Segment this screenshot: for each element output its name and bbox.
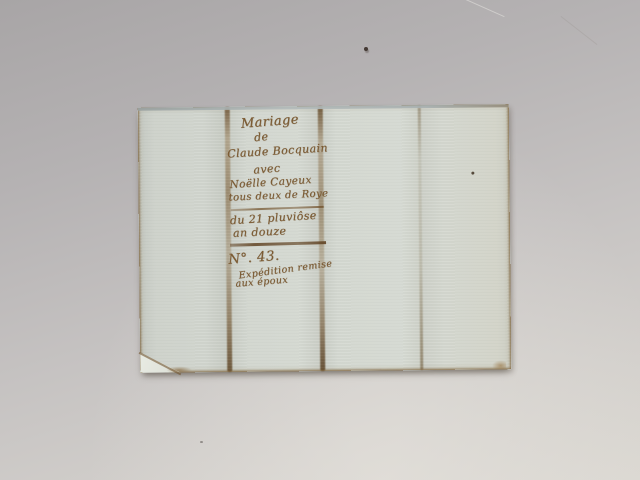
- surface-scratch: [561, 16, 598, 45]
- handwriting-record-number: N°. 43.: [228, 248, 281, 268]
- ink-rule-2: [230, 241, 326, 246]
- dust-speck: [364, 47, 368, 51]
- handwriting-connector: de: [253, 130, 269, 144]
- handwriting-date-line2: an douze: [233, 224, 287, 239]
- handwriting-groom-name: Claude Bocquain: [227, 141, 328, 160]
- handwriting-layer: Mariage de Claude Bocquain avec Noëlle C…: [138, 104, 512, 373]
- handwriting-origin: tous deux de Roye: [228, 188, 328, 203]
- dust-speck: [200, 441, 203, 443]
- photo-background: Mariage de Claude Bocquain avec Noëlle C…: [0, 0, 640, 480]
- handwriting-title: Mariage: [240, 112, 299, 132]
- surface-scratch: [449, 0, 504, 17]
- folded-document: Mariage de Claude Bocquain avec Noëlle C…: [138, 104, 512, 373]
- handwriting-connector: avec: [253, 161, 281, 176]
